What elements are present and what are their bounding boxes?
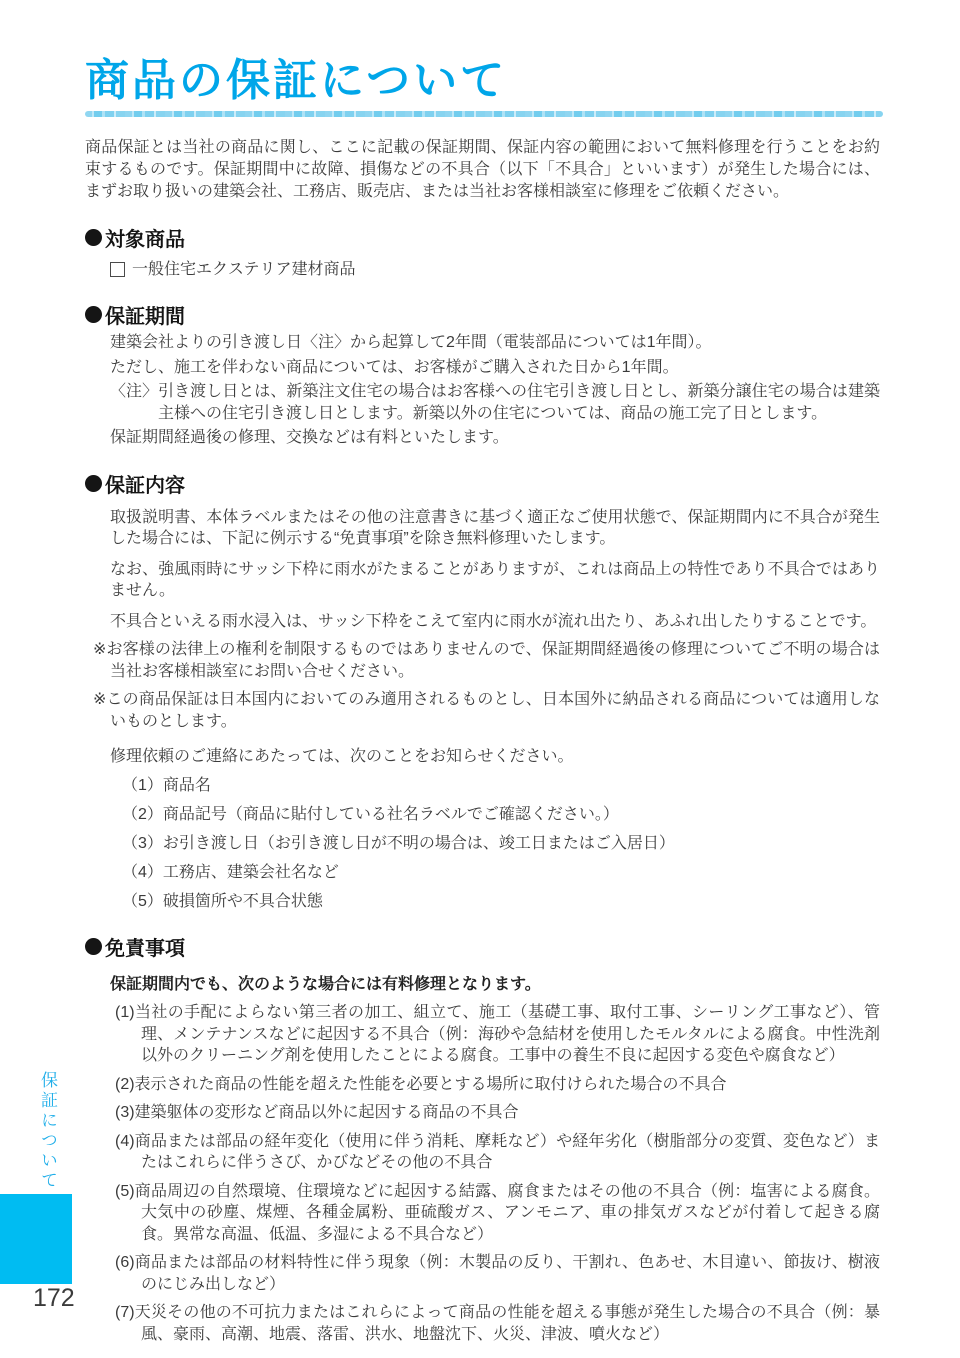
target-product-label: 一般住宅エクステリア建材商品 <box>132 259 356 280</box>
note-label: 〈注〉 <box>110 381 158 424</box>
disclaimer-item-2: (2)表示された商品の性能を超えた性能を必要とする場所に取付けられた場合の不具合 <box>115 1074 880 1096</box>
kome-marker: ※ <box>93 641 107 658</box>
disclaimer-item-3: (3)建築躯体の変形など商品以外に起因する商品の不具合 <box>115 1102 880 1124</box>
bullet-icon <box>85 475 102 492</box>
kome-marker: ※ <box>93 691 107 708</box>
section-heading-label: 保証期間 <box>105 300 185 329</box>
period-line-2: ただし、施工を伴わない商品については、お客様がご購入された日から1年間。 <box>110 357 880 379</box>
disclaimer-item-7: (7)天災その他の不可抗力またはこれらによって商品の性能を超える事態が発生した場… <box>115 1302 880 1345</box>
content-note-1-text: お客様の法律上の権利を制限するものではありませんので、保証期間経過後の修理につい… <box>107 641 880 680</box>
content-note-2-text: この商品保証は日本国内においてのみ適用されるものとし、日本国外に納品される商品に… <box>107 691 880 730</box>
content-para-3: 不具合といえる雨水浸入は、サッシ下枠をこえて室内に雨水が流れ出たり、あふれ出した… <box>110 611 880 633</box>
section-heading-disclaimer: 免責事項 <box>85 932 880 961</box>
section-heading-label: 対象商品 <box>105 223 185 252</box>
period-line-3: 保証期間経過後の修理、交換などは有料といたします。 <box>110 427 880 449</box>
disclaimer-item-4: (4)商品または部品の経年変化（使用に伴う消耗、摩耗など）や経年劣化（樹脂部分の… <box>115 1131 880 1174</box>
section-warranty-content: 保証内容 取扱説明書、本体ラベルまたはその他の注意書きに基づく適正なご使用状態で… <box>85 469 880 913</box>
section-disclaimer: 免責事項 保証期間内でも、次のような場合には有料修理となります。 (1)当社の手… <box>85 932 880 1345</box>
note-body: 引き渡し日とは、新築注文住宅の場合はお客様への住宅引き渡し日とし、新築分譲住宅の… <box>158 381 880 424</box>
repair-item-4: （4）工務店、建築会社名など <box>122 862 880 883</box>
disclaimer-lead: 保証期間内でも、次のような場合には有料修理となります。 <box>110 974 880 995</box>
page-number: 172 <box>33 1284 75 1313</box>
repair-item-2: （2）商品記号（商品に貼付している社名ラベルでご確認ください。） <box>122 804 880 825</box>
section-heading-content: 保証内容 <box>85 469 880 498</box>
content-para-2: なお、強風雨時にサッシ下枠に雨水がたまることがありますが、これは商品上の特性であ… <box>110 559 880 602</box>
sidebar-tab-block <box>0 1194 72 1284</box>
content-note-1: ※お客様の法律上の権利を制限するものではありませんので、保証期間経過後の修理につ… <box>93 639 880 682</box>
target-product-item: 一般住宅エクステリア建材商品 <box>110 259 880 280</box>
section-warranty-period: 保証期間 建築会社よりの引き渡し日〈注〉から起算して2年間（電装部品については1… <box>85 300 880 449</box>
disclaimer-item-6: (6)商品または部品の材料特性に伴う現象（例：木製品の反り、干割れ、色あせ、木目… <box>115 1252 880 1295</box>
main-content: 商品の保証について 商品保証とは当社の商品に関し、ここに記載の保証期間、保証内容… <box>85 0 880 1345</box>
sidebar-section-label: 保証について <box>35 1071 60 1191</box>
bullet-icon <box>85 938 102 955</box>
period-note: 〈注〉 引き渡し日とは、新築注文住宅の場合はお客様への住宅引き渡し日とし、新築分… <box>110 381 880 424</box>
section-heading-label: 保証内容 <box>105 469 185 498</box>
period-line-1: 建築会社よりの引き渡し日〈注〉から起算して2年間（電装部品については1年間）。 <box>110 332 880 354</box>
section-target-products: 対象商品 一般住宅エクステリア建材商品 <box>85 223 880 280</box>
repair-contact-lead: 修理依頼のご連絡にあたっては、次のことをお知らせください。 <box>110 746 880 767</box>
repair-item-3: （3）お引き渡し日（お引き渡し日が不明の場合は、竣工日またはご入居日） <box>122 833 880 854</box>
section-heading-target: 対象商品 <box>85 223 880 252</box>
bullet-icon <box>85 229 102 246</box>
page-title: 商品の保証について <box>85 56 880 105</box>
intro-paragraph: 商品保証とは当社の商品に関し、ここに記載の保証期間、保証内容の範囲において無料修… <box>85 137 880 203</box>
disclaimer-item-1: (1)当社の手配によらない第三者の加工、組立て、施工（基礎工事、取付工事、シーリ… <box>115 1002 880 1067</box>
checkbox-icon <box>110 262 125 277</box>
repair-item-1: （1）商品名 <box>122 775 880 796</box>
bullet-icon <box>85 306 102 323</box>
content-note-2: ※この商品保証は日本国内においてのみ適用されるものとし、日本国外に納品される商品… <box>93 689 880 732</box>
repair-item-5: （5）破損箇所や不具合状態 <box>122 891 880 912</box>
title-underline-brush <box>85 111 883 117</box>
content-para-1: 取扱説明書、本体ラベルまたはその他の注意書きに基づく適正なご使用状態で、保証期間… <box>110 507 880 550</box>
section-heading-label: 免責事項 <box>105 932 185 961</box>
section-heading-period: 保証期間 <box>85 300 880 329</box>
disclaimer-item-5: (5)商品周辺の自然環境、住環境などに起因する結露、腐食またはその他の不具合（例… <box>115 1181 880 1246</box>
